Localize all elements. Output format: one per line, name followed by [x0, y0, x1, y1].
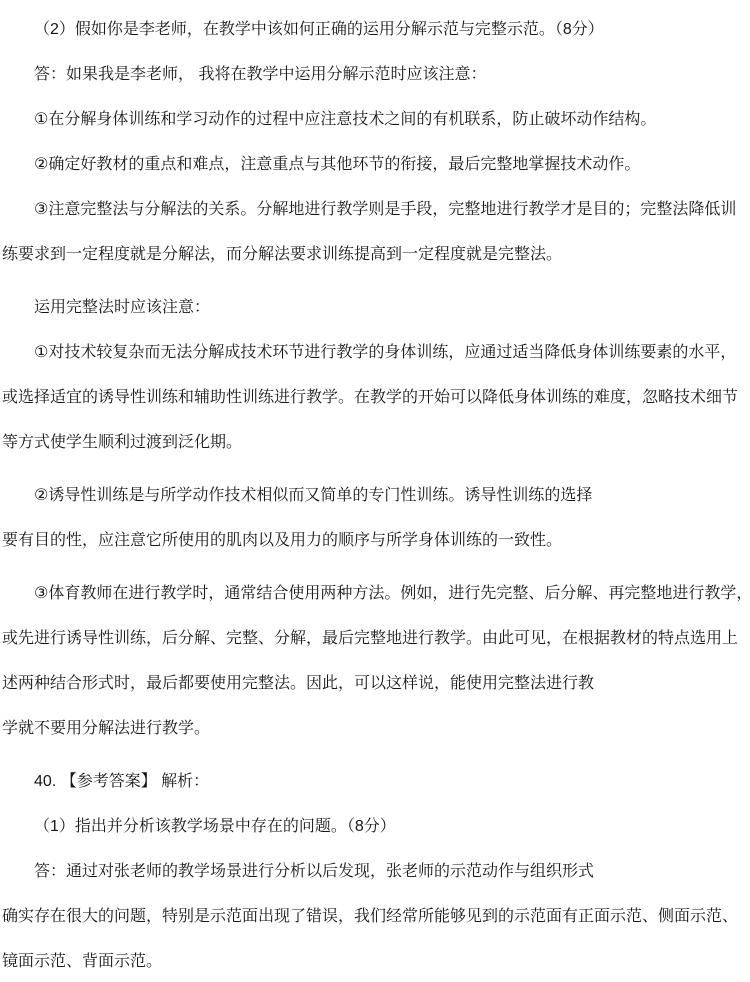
answer-intro-text: 答：如果我是李老师， 我将在教学中运用分解示范时应该注意：	[2, 52, 746, 97]
note-1-text-line-2: 或选择适宜的诱导性训练和辅助性训练进行教学。在教学的开始可以降低身体训练的难度，…	[2, 375, 746, 420]
answer-40-text-line-1: 答：通过对张老师的教学场景进行分析以后发现，张老师的示范动作与组织形式	[2, 849, 746, 894]
complete-method-intro: 运用完整法时应该注意：	[2, 285, 746, 330]
question-40-part-1: （1）指出并分析该教学场景中存在的问题。（8分）	[2, 804, 746, 849]
point-1-text: ①在分解身体训练和学习动作的过程中应注意技术之间的有机联系，防止破坏动作结构。	[2, 97, 746, 142]
answer-40-text-line-3: 镜面示范、背面示范。	[2, 939, 746, 982]
question-2-text: （2）假如你是李老师，在教学中该如何正确的运用分解示范与完整示范。（8分）	[2, 7, 746, 52]
point-3-text-line-1: ③注意完整法与分解法的关系。分解地进行教学则是手段，完整地进行教学才是目的；完整…	[2, 187, 746, 232]
note-3-text-line-1: ③体育教师在进行教学时，通常结合使用两种方法。例如，进行先完整、后分解、再完整地…	[2, 571, 746, 616]
note-1-text-line-3: 等方式使学生顺利过渡到泛化期。	[2, 420, 746, 465]
question-40-header: 40. 【参考答案】 解析：	[2, 759, 746, 804]
point-2-text: ②确定好教材的重点和难点，注意重点与其他环节的衔接，最后完整地掌握技术动作。	[2, 142, 746, 187]
note-1-text-line-1: ①对技术较复杂而无法分解成技术环节进行教学的身体训练，应通过适当降低身体训练要素…	[2, 330, 746, 375]
document-page: （2）假如你是李老师，在教学中该如何正确的运用分解示范与完整示范。（8分） 答：…	[0, 0, 750, 982]
note-2-text-line-1: ②诱导性训练是与所学动作技术相似而又简单的专门性训练。诱导性训练的选择	[2, 473, 746, 518]
note-3-text-line-4: 学就不要用分解法进行教学。	[2, 706, 746, 751]
note-3-text-line-3: 述两种结合形式时，最后都要使用完整法。因此，可以这样说，能使用完整法进行教	[2, 661, 746, 706]
point-3-text-line-2: 练要求到一定程度就是分解法，而分解法要求训练提高到一定程度就是完整法。	[2, 232, 746, 277]
answer-40-text-line-2: 确实存在很大的问题，特别是示范面出现了错误，我们经常所能够见到的示范面有正面示范…	[2, 894, 746, 939]
note-2-text-line-2: 要有目的性，应注意它所使用的肌肉以及用力的顺序与所学身体训练的一致性。	[2, 518, 746, 563]
note-3-text-line-2: 或先进行诱导性训练，后分解、完整、分解，最后完整地进行教学。由此可见，在根据教材…	[2, 616, 746, 661]
